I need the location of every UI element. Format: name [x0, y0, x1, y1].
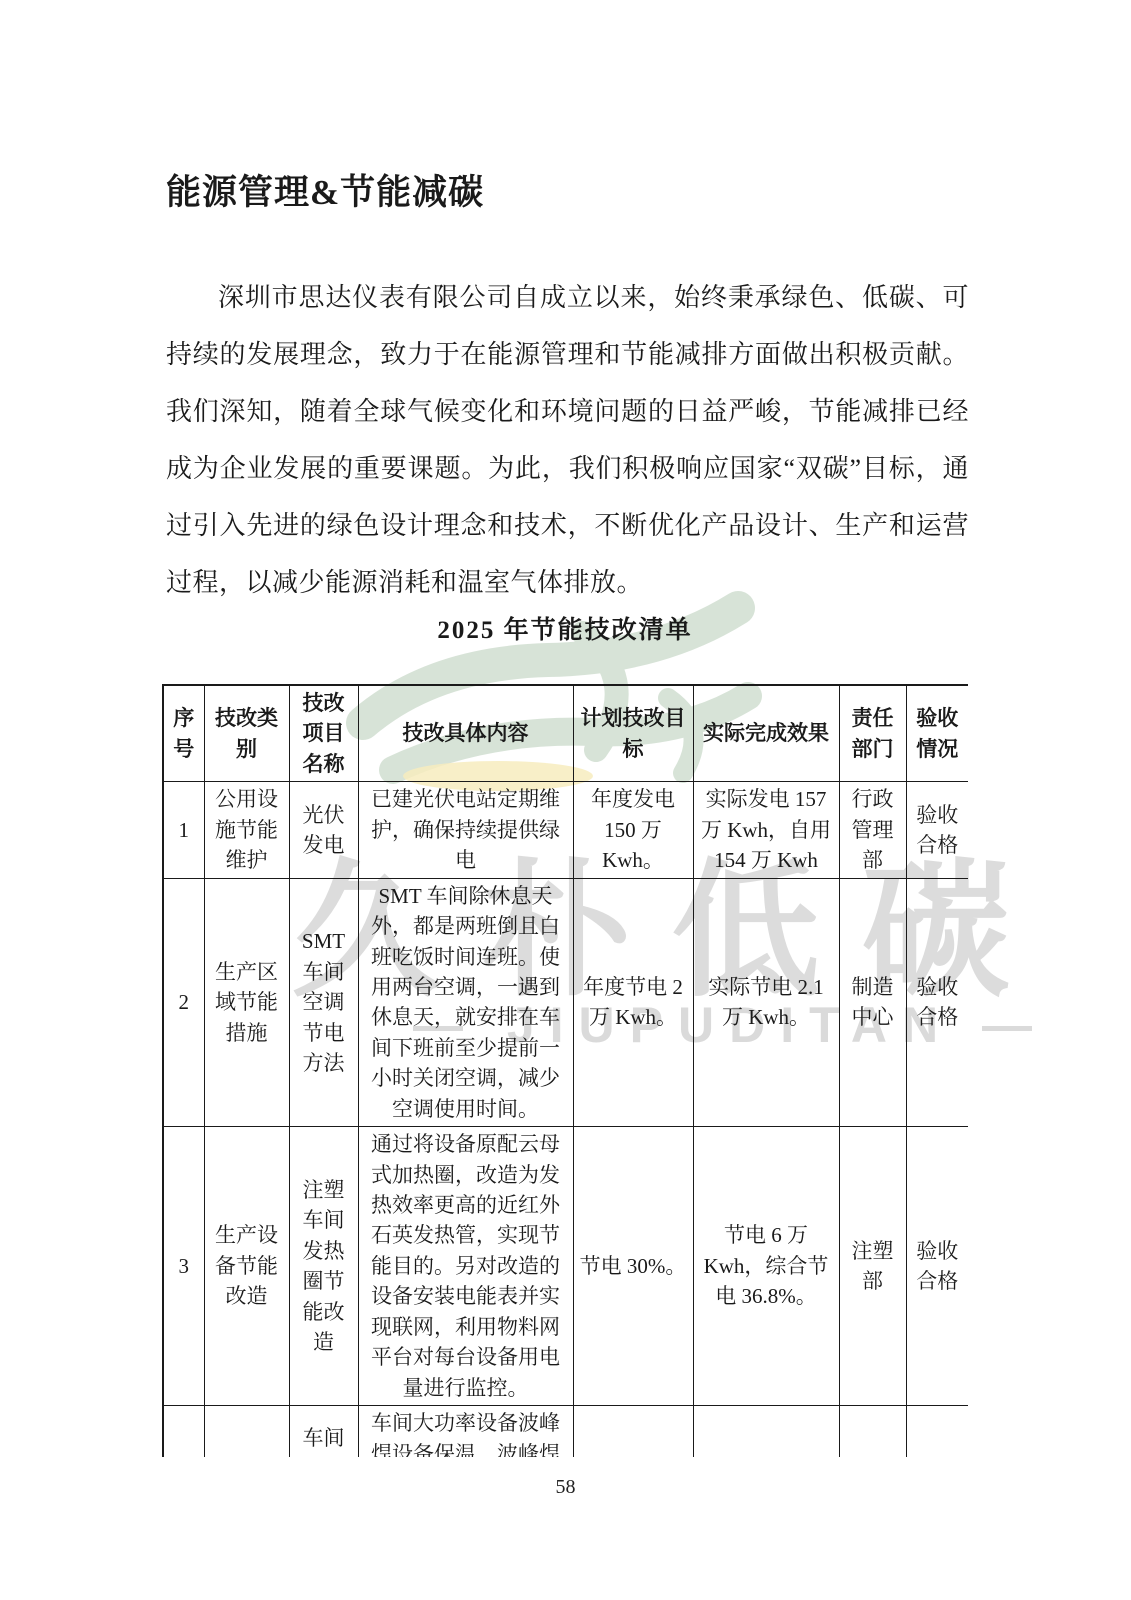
page-title: 能源管理&节能减碳	[166, 165, 484, 215]
cell-project-name: SMT 车间空调节电方法	[289, 878, 358, 1127]
cell-detail: 已建光伏电站定期维护，确保持续提供绿电	[358, 782, 573, 878]
cell-detail: 车间大功率设备波峰焊设备保温，波峰焊的内部安装保温材料棉，阻止波峰焊内的温度从设…	[358, 1406, 573, 1457]
tech-improvement-table-wrap: 序号 技改类别 技改项目名称 技改具体内容 计划技改目标 实际完成效果 责任部门…	[162, 684, 968, 1457]
cell-acceptance: 验收合格	[906, 1406, 968, 1457]
cell-detail: SMT 车间除休息天外，都是两班倒且白班吃饭时间连班。使用两台空调，一遇到休息天…	[358, 878, 573, 1127]
document-page: { "document": { "heading": "能源管理&节能减碳", …	[0, 0, 1131, 1600]
cell-actual-result: 实际发电 157 万 Kwh，自用 154 万 Kwh	[693, 782, 839, 878]
cell-plan-target: 节电 12 万 Kwh。	[573, 1406, 693, 1457]
cell-acceptance: 验收合格	[906, 878, 968, 1127]
cell-seq: 2	[163, 878, 204, 1127]
cell-actual-result: 节电 6 万 Kwh，综合节电 36.8%。	[693, 1127, 839, 1406]
header-category: 技改类别	[204, 685, 289, 782]
cell-detail: 通过将设备原配云母式加热圈，改造为发热效率更高的近红外石英发热管，实现节能目的。…	[358, 1127, 573, 1406]
header-actual-result: 实际完成效果	[693, 685, 839, 782]
header-responsible-dept: 责任部门	[839, 685, 906, 782]
cell-acceptance: 验收合格	[906, 1127, 968, 1406]
header-acceptance: 验收情况	[906, 685, 968, 782]
intro-paragraph: 深圳市思达仪表有限公司自成立以来，始终秉承绿色、低碳、可持续的发展理念，致力于在…	[166, 269, 969, 611]
header-seq: 序号	[163, 685, 204, 782]
table-row: 2 生产区域节能措施 SMT 车间空调节电方法 SMT 车间除休息天外，都是两班…	[163, 878, 968, 1127]
cell-category: 生产设备节能改造	[204, 1127, 289, 1406]
cell-seq: 1	[163, 782, 204, 878]
cell-project-name: 车间恒温及波峰焊保温	[289, 1406, 358, 1457]
cell-seq: 3	[163, 1127, 204, 1406]
table-row: 4 生产设备节能改造 车间恒温及波峰焊保温 车间大功率设备波峰焊设备保温，波峰焊…	[163, 1406, 968, 1457]
cell-actual-result: 年节电 12.8 万 Kwh.	[693, 1406, 839, 1457]
cell-plan-target: 年度发电 150 万 Kwh。	[573, 782, 693, 878]
cell-category: 生产设备节能改造	[204, 1406, 289, 1457]
table-row: 3 生产设备节能改造 注塑车间发热圈节能改造 通过将设备原配云母式加热圈，改造为…	[163, 1127, 968, 1406]
cell-plan-target: 节电 30%。	[573, 1127, 693, 1406]
header-plan-target: 计划技改目标	[573, 685, 693, 782]
header-detail: 技改具体内容	[358, 685, 573, 782]
header-project-name: 技改项目名称	[289, 685, 358, 782]
cell-responsible-dept: DIP 车间	[839, 1406, 906, 1457]
cell-acceptance: 验收合格	[906, 782, 968, 878]
cell-plan-target: 年度节电 2 万 Kwh。	[573, 878, 693, 1127]
cell-actual-result: 实际节电 2.1 万 Kwh。	[693, 878, 839, 1127]
cell-responsible-dept: 制造中心	[839, 878, 906, 1127]
cell-seq: 4	[163, 1406, 204, 1457]
page-number: 58	[0, 1476, 1131, 1499]
table-title: 2025 年节能技改清单	[162, 610, 968, 646]
table-row: 1 公用设施节能维护 光伏发电 已建光伏电站定期维护，确保持续提供绿电 年度发电…	[163, 782, 968, 878]
cell-responsible-dept: 行政管理部	[839, 782, 906, 878]
cell-responsible-dept: 注塑部	[839, 1127, 906, 1406]
table-header-row: 序号 技改类别 技改项目名称 技改具体内容 计划技改目标 实际完成效果 责任部门…	[163, 685, 968, 782]
cell-project-name: 光伏发电	[289, 782, 358, 878]
cell-project-name: 注塑车间发热圈节能改造	[289, 1127, 358, 1406]
cell-category: 公用设施节能维护	[204, 782, 289, 878]
tech-improvement-table: 序号 技改类别 技改项目名称 技改具体内容 计划技改目标 实际完成效果 责任部门…	[162, 684, 968, 1457]
cell-category: 生产区域节能措施	[204, 878, 289, 1127]
page-content: 能源管理&节能减碳 深圳市思达仪表有限公司自成立以来，始终秉承绿色、低碳、可持续…	[0, 0, 1131, 1600]
